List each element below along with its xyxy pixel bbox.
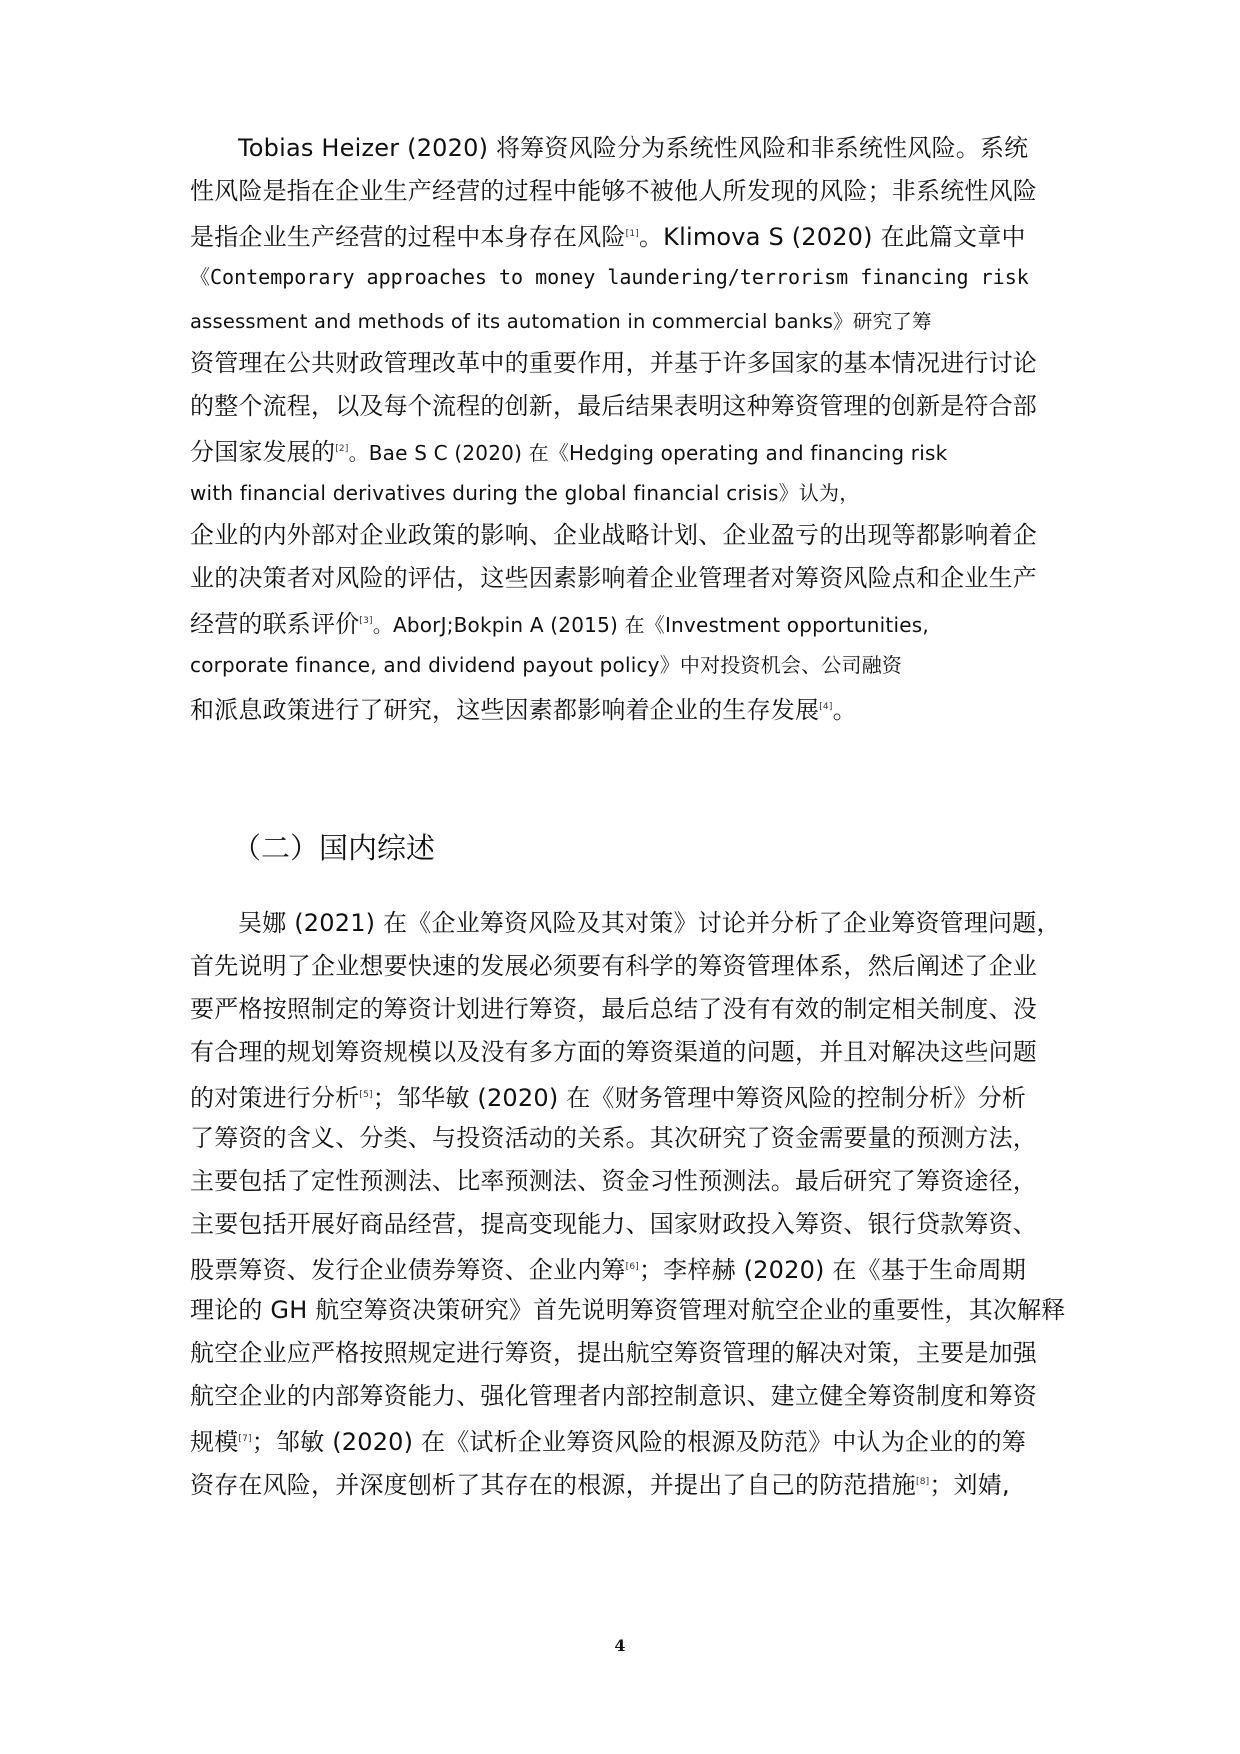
paragraph-text: 要严格按照制定的筹资计划进行筹资，最后总结了没有有效的制定相关制度、没 bbox=[190, 995, 1037, 1023]
citation-marker: [8] bbox=[916, 1477, 929, 1487]
paragraph-text: ；刘婧, bbox=[929, 1471, 1009, 1499]
section-heading: （二）国内综述 bbox=[232, 830, 435, 866]
paragraph-text: 主要包括了定性预测法、比率预测法、资金习性预测法。最后研究了筹资途径， bbox=[190, 1167, 1037, 1195]
document-page: Tobias Heizer (2020) 将筹资风险分为系统性风险和非系统性风险… bbox=[0, 0, 1240, 1754]
paragraph-line: with financial derivatives during the gl… bbox=[190, 477, 1060, 508]
paragraph-text: 分国家发展的 bbox=[190, 438, 335, 466]
paragraph-line: 资存在风险，并深度刨析了其存在的根源，并提出了自己的防范措施[8]；刘婧, bbox=[190, 1467, 1060, 1500]
paragraph-text: ；邹敏 (2020) 在《试析企业筹资风险的根源及防范》中认为企业的的筹 bbox=[252, 1428, 1026, 1456]
paragraph-text: 主要包括开展好商品经营，提高变现能力、国家财政投入筹资、银行贷款筹资、 bbox=[190, 1210, 1037, 1238]
paragraph-line: 规模[7]；邹敏 (2020) 在《试析企业筹资风险的根源及防范》中认为企业的的… bbox=[190, 1424, 1060, 1457]
paragraph-text: 经营的联系评价 bbox=[190, 610, 359, 638]
paragraph-text: Tobias Heizer (2020) 将筹资风险分为系统性风险和非系统性风险… bbox=[238, 134, 1028, 162]
citation-marker: [4] bbox=[819, 702, 832, 712]
citation-marker: [3] bbox=[359, 616, 372, 626]
paragraph-line: corporate finance, and dividend payout p… bbox=[190, 649, 1060, 680]
paragraph-line: 是指企业生产经营的过程中本身存在风险[1]。Klimova S (2020) 在… bbox=[190, 219, 1060, 252]
paragraph-text: 了筹资的含义、分类、与投资活动的关系。其次研究了资金需要量的预测方法， bbox=[190, 1124, 1037, 1152]
citation-marker: [2] bbox=[335, 444, 348, 454]
paragraph-text: 航空企业的内部筹资能力、强化管理者内部控制意识、建立健全筹资制度和筹资 bbox=[190, 1382, 1037, 1410]
paragraph-line: 《Contemporary approaches to money launde… bbox=[190, 262, 1060, 292]
paragraph-line: 股票筹资、发行企业债券筹资、企业内筹[6]；李梓赫 (2020) 在《基于生命周… bbox=[190, 1252, 1060, 1285]
paragraph-line: 企业的内外部对企业政策的影响、企业战略计划、企业盈亏的出现等都影响着企 bbox=[190, 520, 1060, 550]
paragraph-line: 主要包括开展好商品经营，提高变现能力、国家财政投入筹资、银行贷款筹资、 bbox=[190, 1209, 1060, 1239]
paragraph-line: 的对策进行分析[5]；邹华敏 (2020) 在《财务管理中筹资风险的控制分析》分… bbox=[190, 1080, 1060, 1113]
paragraph-text: 和派息政策进行了研究，这些因素都影响着企业的生存发展 bbox=[190, 696, 819, 724]
page-number: 4 bbox=[0, 1636, 1240, 1655]
paragraph-line: 要严格按照制定的筹资计划进行筹资，最后总结了没有有效的制定相关制度、没 bbox=[190, 994, 1060, 1024]
paragraph-text: 资存在风险，并深度刨析了其存在的根源，并提出了自己的防范措施 bbox=[190, 1471, 916, 1499]
paragraph-text: 有合理的规划筹资规模以及没有多方面的筹资渠道的问题，并且对解决这些问题 bbox=[190, 1038, 1037, 1066]
paragraph-text: 规模 bbox=[190, 1428, 238, 1456]
paragraph-text: with financial derivatives during the gl… bbox=[190, 481, 859, 505]
paragraph-line: 主要包括了定性预测法、比率预测法、资金习性预测法。最后研究了筹资途径， bbox=[190, 1166, 1060, 1196]
citation-marker: [5] bbox=[359, 1090, 372, 1100]
paragraph-text: 。 bbox=[833, 696, 857, 724]
paragraph-line: 性风险是指在企业生产经营的过程中能够不被他人所发现的风险；非系统性风险 bbox=[190, 176, 1060, 206]
paragraph-text: 的对策进行分析 bbox=[190, 1084, 359, 1112]
paragraph-text: 资管理在公共财政管理改革中的重要作用，并基于许多国家的基本情况进行讨论 bbox=[190, 349, 1037, 377]
paragraph-text: ；李梓赫 (2020) 在《基于生命周期 bbox=[639, 1256, 1026, 1284]
paragraph-text: 首先说明了企业想要快速的发展必须要有科学的筹资管理体系，然后阐述了企业 bbox=[190, 952, 1037, 980]
citation-marker: [1] bbox=[626, 229, 639, 239]
paragraph-text: assessment and methods of its automation… bbox=[190, 310, 932, 333]
paragraph-text: 业的决策者对风险的评估，这些因素影响着企业管理者对筹资风险点和企业生产 bbox=[190, 564, 1037, 592]
paragraph-line: 航空企业的内部筹资能力、强化管理者内部控制意识、建立健全筹资制度和筹资 bbox=[190, 1381, 1060, 1411]
paragraph-line: 和派息政策进行了研究，这些因素都影响着企业的生存发展[4]。 bbox=[190, 692, 1060, 725]
paragraph-line: 航空企业应严格按照规定进行筹资，提出航空筹资管理的解决对策，主要是加强 bbox=[190, 1338, 1060, 1368]
paragraph-text: 。Bae S C (2020) 在《Hedging operating and … bbox=[349, 441, 948, 465]
paragraph-text: 航空企业应严格按照规定进行筹资，提出航空筹资管理的解决对策，主要是加强 bbox=[190, 1339, 1037, 1367]
paragraph-line: 的整个流程，以及每个流程的创新，最后结果表明这种筹资管理的创新是符合部 bbox=[190, 391, 1060, 421]
paragraph-text: 企业的内外部对企业政策的影响、企业战略计划、企业盈亏的出现等都影响着企 bbox=[190, 521, 1037, 549]
paragraph-text: 吴娜 (2021) 在《企业筹资风险及其对策》讨论并分析了企业筹资管理问题， bbox=[238, 909, 1061, 937]
paragraph-line: 分国家发展的[2]。Bae S C (2020) 在《Hedging opera… bbox=[190, 434, 1060, 468]
citation-marker: [7] bbox=[238, 1434, 251, 1444]
paragraph-line: 经营的联系评价[3]。AborJ;Bokpin A (2015) 在《Inves… bbox=[190, 606, 1060, 640]
paragraph-line: 业的决策者对风险的评估，这些因素影响着企业管理者对筹资风险点和企业生产 bbox=[190, 563, 1060, 593]
paragraph-line: 了筹资的含义、分类、与投资活动的关系。其次研究了资金需要量的预测方法， bbox=[190, 1123, 1060, 1153]
paragraph-line: 首先说明了企业想要快速的发展必须要有科学的筹资管理体系，然后阐述了企业 bbox=[190, 951, 1060, 981]
paragraph-text: 的整个流程，以及每个流程的创新，最后结果表明这种筹资管理的创新是符合部 bbox=[190, 392, 1037, 420]
paragraph-text: 性风险是指在企业生产经营的过程中能够不被他人所发现的风险；非系统性风险 bbox=[190, 177, 1037, 205]
paragraph-text: 股票筹资、发行企业债券筹资、企业内筹 bbox=[190, 1256, 626, 1284]
paragraph-line: Tobias Heizer (2020) 将筹资风险分为系统性风险和非系统性风险… bbox=[238, 133, 1060, 163]
paragraph-text: corporate finance, and dividend payout p… bbox=[190, 653, 902, 677]
paragraph-text: 是指企业生产经营的过程中本身存在风险 bbox=[190, 223, 626, 251]
paragraph-text: ；邹华敏 (2020) 在《财务管理中筹资风险的控制分析》分析 bbox=[373, 1084, 1026, 1112]
paragraph-text: 《Contemporary approaches to money launde… bbox=[190, 265, 1029, 289]
paragraph-line: 资管理在公共财政管理改革中的重要作用，并基于许多国家的基本情况进行讨论 bbox=[190, 348, 1060, 378]
paragraph-line: 吴娜 (2021) 在《企业筹资风险及其对策》讨论并分析了企业筹资管理问题， bbox=[238, 908, 1060, 938]
paragraph-text: 。Klimova S (2020) 在此篇文章中 bbox=[639, 223, 1026, 251]
paragraph-line: 有合理的规划筹资规模以及没有多方面的筹资渠道的问题，并且对解决这些问题 bbox=[190, 1037, 1060, 1067]
paragraph-line: 理论的 GH 航空筹资决策研究》首先说明筹资管理对航空企业的重要性，其次解释 bbox=[190, 1295, 1060, 1325]
paragraph-text: 理论的 GH 航空筹资决策研究》首先说明筹资管理对航空企业的重要性，其次解释 bbox=[190, 1296, 1066, 1324]
paragraph-line: assessment and methods of its automation… bbox=[190, 305, 1060, 337]
paragraph-text: 。AborJ;Bokpin A (2015) 在《Investment oppo… bbox=[373, 613, 929, 637]
citation-marker: [6] bbox=[626, 1262, 639, 1272]
